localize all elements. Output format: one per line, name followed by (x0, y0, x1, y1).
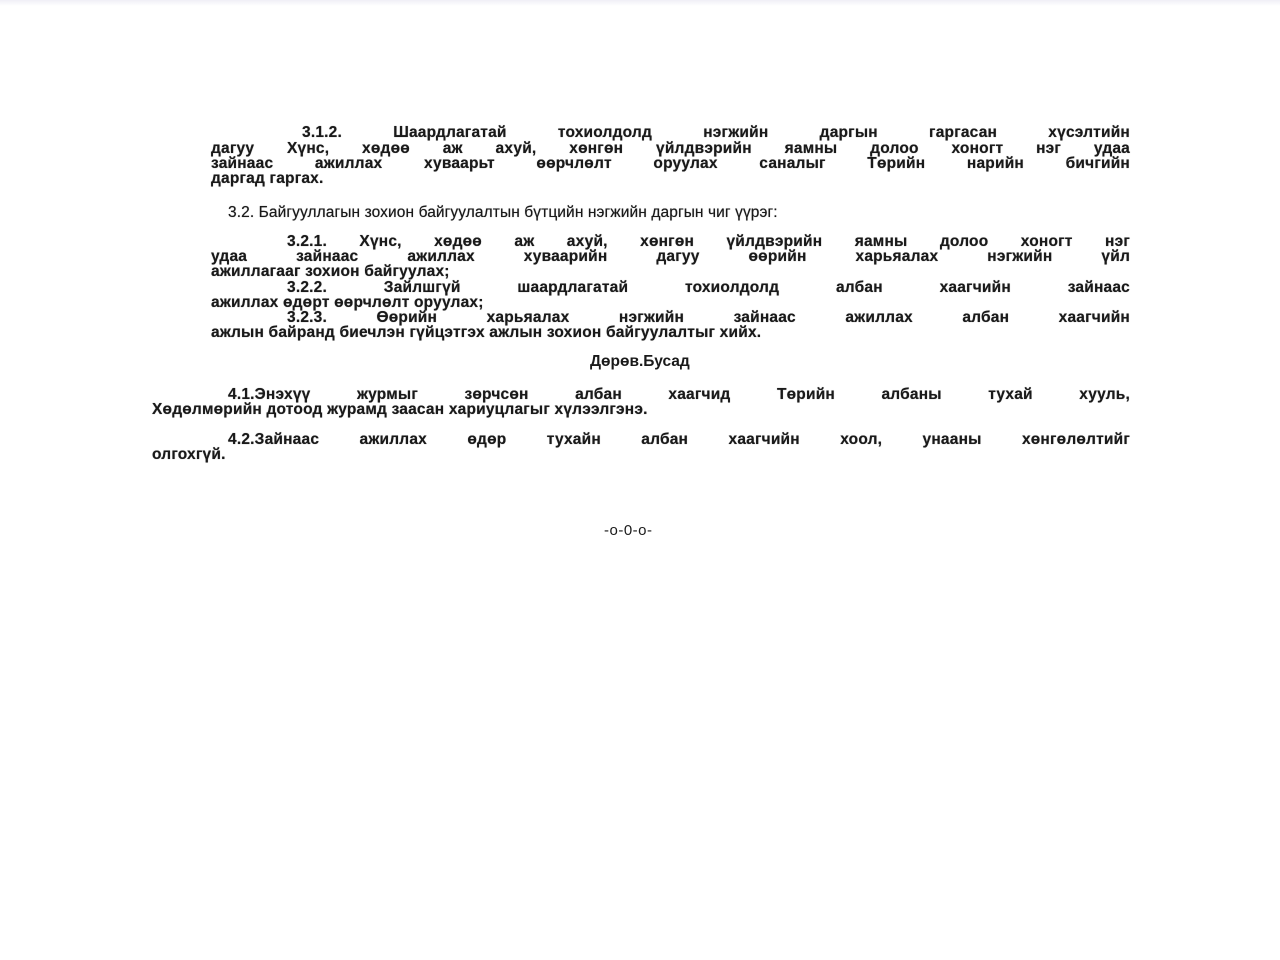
document-page: 3.1.2. Шаардлагатай тохиолдолд нэгжийн д… (0, 0, 1280, 960)
paragraph-line: 4.2.Зайнаас ажиллах өдөр тухайн албан ха… (228, 432, 1130, 447)
paragraph-line: зайнаас ажиллах хуваарьт өөрчлөлт оруула… (211, 156, 1130, 171)
section-heading-4: Дөрөв.Бусад (590, 353, 690, 371)
paragraph-line: Хөдөлмөрийн дотоод журамд заасан хариуцл… (152, 402, 648, 417)
end-of-document-mark: -o-0-o- (604, 522, 653, 539)
paragraph-line: удаа зайнаас ажиллах хуваарийн дагуу өөр… (211, 249, 1130, 264)
paragraph-line: олгохгүй. (152, 447, 226, 462)
paragraph-line: даргад гаргах. (211, 171, 324, 186)
paragraph-line: 3.2. Байгууллагын зохион байгуулалтын бү… (228, 205, 778, 220)
paragraph-line: 3.2.2. Зайлшгүй шаардлагатай тохиолдолд … (287, 280, 1130, 295)
scan-edge-shade (0, 0, 1280, 6)
paragraph-line: ажиллах өдөрт өөрчлөлт оруулах; (211, 295, 484, 310)
paragraph-line: дагуу Хүнс, хөдөө аж ахуй, хөнгөн үйлдвэ… (211, 141, 1130, 156)
paragraph-line: 3.2.3. Өөрийн харьяалах нэгжийн зайнаас … (287, 310, 1130, 325)
paragraph-line: 3.2.1. Хүнс, хөдөө аж ахуй, хөнгөн үйлдв… (287, 234, 1130, 249)
paragraph-line: ажлын байранд биечлэн гүйцэтгэх ажлын зо… (211, 325, 761, 340)
paragraph-line: 4.1.Энэхүү журмыг зөрчсөн албан хаагчид … (228, 387, 1130, 402)
paragraph-line: ажиллагааг зохион байгуулах; (211, 264, 450, 279)
paragraph-line: 3.1.2. Шаардлагатай тохиолдолд нэгжийн д… (302, 125, 1130, 140)
